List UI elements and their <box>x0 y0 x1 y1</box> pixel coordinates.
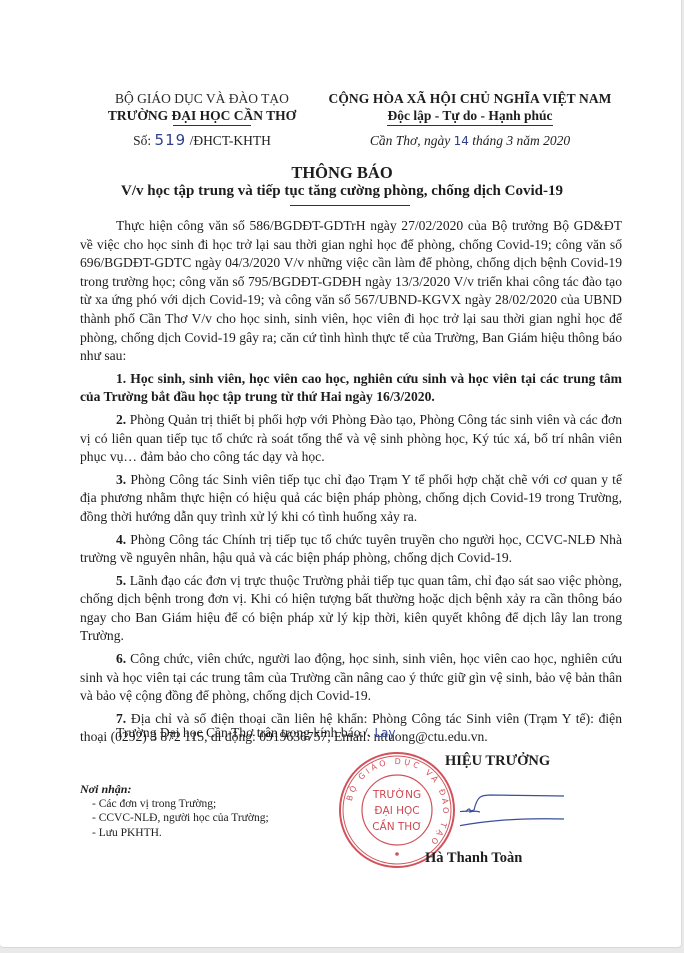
item-number: 7. <box>116 711 126 726</box>
recipient-item: - CCVC-NLĐ, người học của Trường; <box>80 811 269 826</box>
document-body: Thực hiện công văn số 586/BGDĐT-GDTrH ng… <box>80 217 622 751</box>
item-number: 3. <box>116 472 126 487</box>
subtitle-underline <box>290 205 410 206</box>
handwritten-signature-icon <box>460 790 570 830</box>
numbered-item: 2. Phòng Quản trị thiết bị phối hợp với … <box>80 411 622 467</box>
item-number: 5. <box>116 573 126 588</box>
document-page: BỘ GIÁO DỤC VÀ ĐÀO TẠO TRƯỜNG ĐẠI HỌC CẦ… <box>0 0 682 948</box>
intro-paragraph: Thực hiện công văn số 586/BGDĐT-GDTrH ng… <box>80 217 622 366</box>
item-number: 2. <box>116 412 126 427</box>
recipients-label: Nơi nhận: <box>80 782 269 797</box>
item-text: Phòng Công tác Chính trị tiếp tục tổ chứ… <box>80 532 622 566</box>
date-day-handwritten: 14 <box>454 134 469 148</box>
doc-no-suffix: /ĐHCT-KHTH <box>190 133 271 148</box>
numbered-item: 5. Lãnh đạo các đơn vị trực thuộc Trường… <box>80 572 622 646</box>
date-prefix: Cần Thơ, ngày <box>370 133 450 148</box>
item-text: Công chức, viên chức, người lao động, họ… <box>80 651 622 703</box>
national-header: CỘNG HÒA XÃ HỘI CHỦ NGHĨA VIỆT NAM Độc l… <box>290 90 650 150</box>
doc-no-handwritten: 519 <box>155 131 187 149</box>
svg-text:CẦN THƠ: CẦN THƠ <box>372 819 422 833</box>
item-number: 1. <box>116 371 126 386</box>
item-text: Phòng Quản trị thiết bị phối hợp với Phò… <box>80 412 622 464</box>
numbered-item: 3. Phòng Công tác Sinh viên tiếp tục chỉ… <box>80 471 622 527</box>
nation-name: CỘNG HÒA XÃ HỘI CHỦ NGHĨA VIỆT NAM <box>290 90 650 107</box>
handwritten-initials: Lay <box>375 726 396 740</box>
item-number: 6. <box>116 651 126 666</box>
item-text: Học sinh, sinh viên, học viên cao học, n… <box>80 371 622 405</box>
item-number: 4. <box>116 532 126 547</box>
numbered-item: 1. Học sinh, sinh viên, học viên cao học… <box>80 370 622 407</box>
date-suffix: tháng 3 năm 2020 <box>472 133 570 148</box>
document-title: THÔNG BÁO <box>0 163 684 183</box>
recipient-item: - Các đơn vị trong Trường; <box>80 797 269 812</box>
svg-text:ĐẠI HỌC: ĐẠI HỌC <box>374 805 419 817</box>
issue-date: Cần Thơ, ngày 14 tháng 3 năm 2020 <box>290 132 650 150</box>
svg-text:BỘ GIÁO DỤC VÀ ĐÀO TẠO: BỘ GIÁO DỤC VÀ ĐÀO TẠO <box>345 757 452 848</box>
recipient-item: - Lưu PKHTH. <box>80 826 269 841</box>
item-text: Phòng Công tác Sinh viên tiếp tục chỉ đạ… <box>80 472 622 524</box>
document-subtitle: V/v học tập trung và tiếp tục tăng cường… <box>0 183 684 200</box>
recipients-block: Nơi nhận: - Các đơn vị trong Trường; - C… <box>80 782 269 840</box>
svg-text:TRƯỜNG: TRƯỜNG <box>372 788 421 801</box>
numbered-item: 6. Công chức, viên chức, người lao động,… <box>80 650 622 706</box>
doc-no-label: Số: <box>133 133 151 148</box>
signer-title: HIỆU TRƯỞNG <box>445 753 550 770</box>
item-text: Lãnh đạo các đơn vị trực thuộc Trường ph… <box>80 573 622 644</box>
closing-line: Trường Đại học Cần Thơ trân trọng kính b… <box>116 725 396 741</box>
signer-name: Hà Thanh Toàn <box>425 850 522 867</box>
header-divider <box>173 125 251 126</box>
numbered-items: 1. Học sinh, sinh viên, học viên cao học… <box>80 370 622 747</box>
numbered-item: 4. Phòng Công tác Chính trị tiếp tục tổ … <box>80 531 622 568</box>
closing-text: Trường Đại học Cần Thơ trân trọng kính b… <box>116 725 371 740</box>
national-motto: Độc lập - Tự do - Hạnh phúc <box>387 107 552 126</box>
